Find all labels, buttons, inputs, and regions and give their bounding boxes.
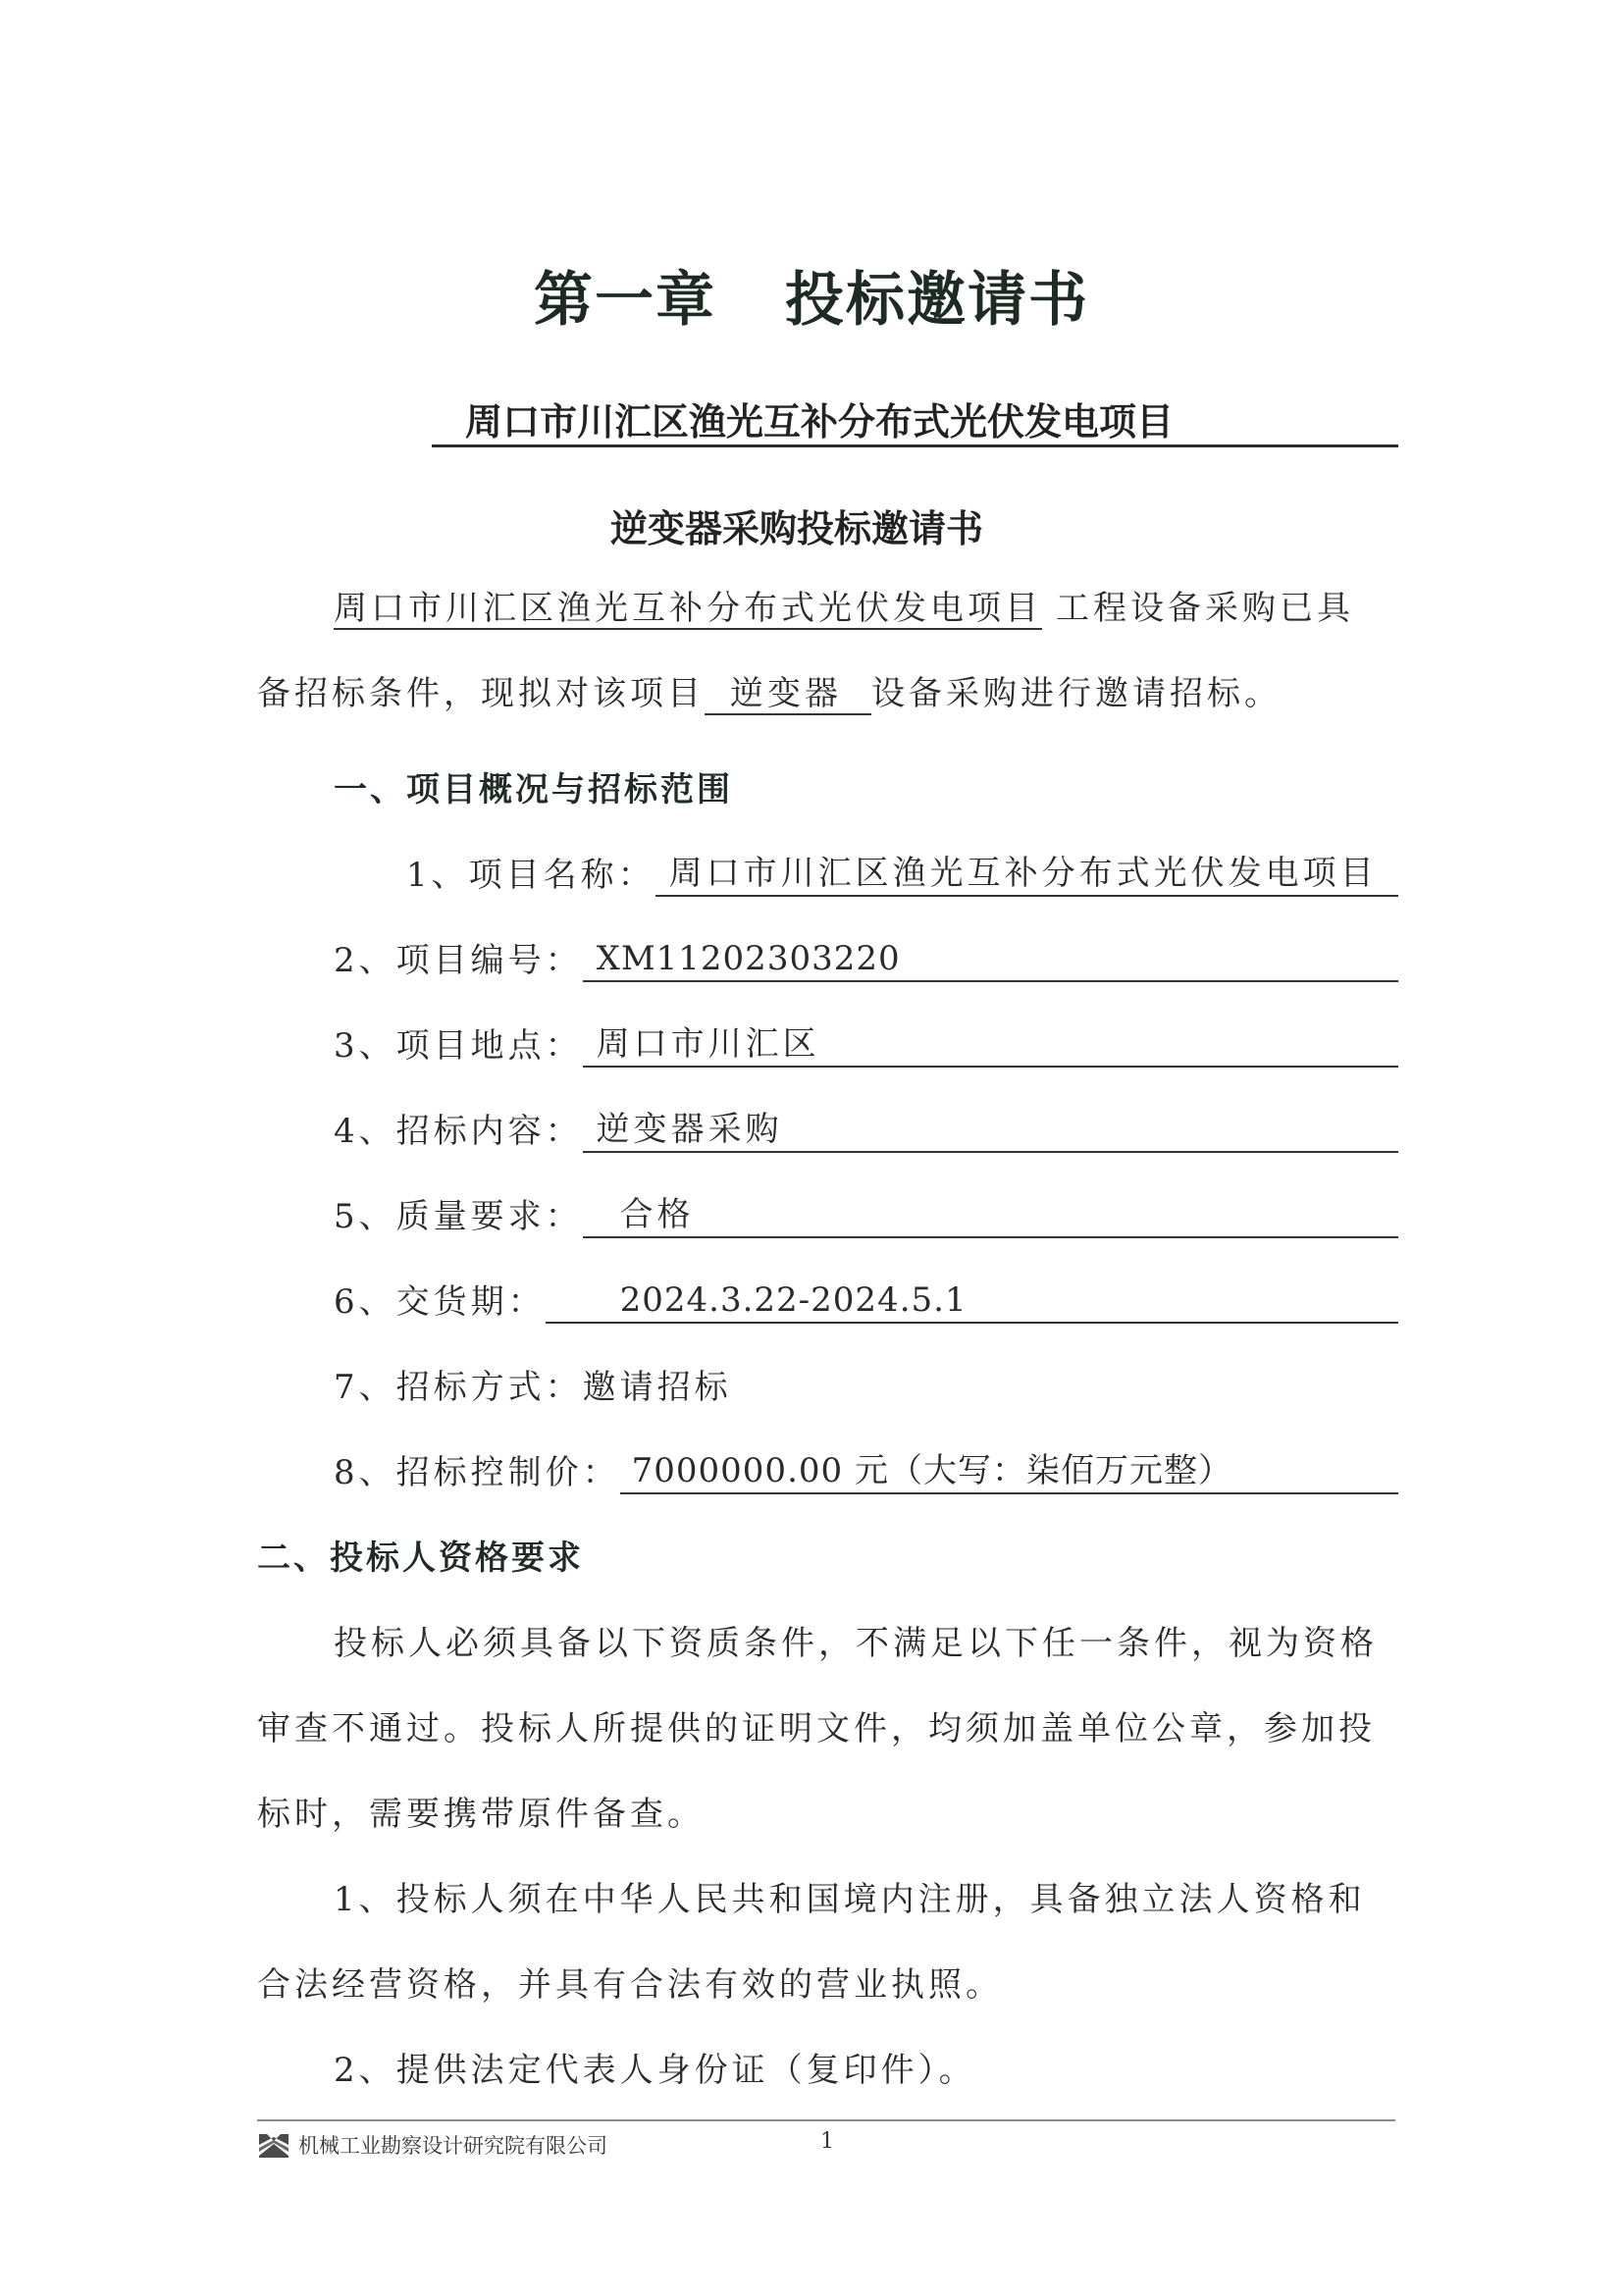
- item-value: 合格: [583, 1195, 1398, 1238]
- section1-heading: 一、项目概况与招标范围: [257, 768, 1398, 811]
- item-label: 5、质量要求：: [334, 1195, 583, 1238]
- section2-para-line-1: 投标人必须具备以下资质条件，不满足以下任一条件，视为资格: [257, 1622, 1398, 1665]
- subtitle-doc-name: 逆变器采购投标邀请书: [0, 498, 1623, 552]
- requirement-2: 2、提供法定代表人身份证（复印件）。: [257, 2049, 1398, 2092]
- item-label: 2、项目编号：: [334, 939, 583, 982]
- intro-text: 工程设备采购已具: [1056, 589, 1354, 628]
- item-value: 逆变器采购: [583, 1110, 1398, 1153]
- item-value: XM11202303220: [583, 939, 1398, 982]
- chapter-title: 第一章投标邀请书: [0, 253, 1623, 338]
- item-delivery: 6、交货期： 2024.3.22-2024.5.1: [257, 1280, 1398, 1324]
- item-value: 邀请招标: [583, 1368, 732, 1407]
- footer-divider: [257, 2119, 1395, 2121]
- intro-equipment: 逆变器: [705, 674, 871, 715]
- item-value: 2024.3.22-2024.5.1: [546, 1280, 1398, 1324]
- item-value: 周口市川汇区渔光互补分布式光伏发电项目: [655, 854, 1398, 897]
- requirement-1-line-2: 合法经营资格，并具有合法有效的营业执照。: [257, 1963, 1398, 2007]
- item-project-name: 1、项目名称： 周口市川汇区渔光互补分布式光伏发电项目: [257, 854, 1398, 897]
- chapter-number: 第一章: [534, 266, 716, 335]
- chapter-name: 投标邀请书: [785, 266, 1089, 335]
- item-label: 6、交货期：: [334, 1280, 546, 1324]
- item-label: 4、招标内容：: [334, 1110, 583, 1153]
- requirement-1-line-1: 1、投标人须在中华人民共和国境内注册，具备独立法人资格和: [257, 1878, 1398, 1921]
- item-label: 1、项目名称：: [406, 854, 655, 897]
- item-quality: 5、质量要求： 合格: [257, 1195, 1398, 1238]
- subtitle-project-name: 周口市川汇区渔光互补分布式光伏发电项目: [432, 400, 1398, 447]
- section2-heading: 二、投标人资格要求: [257, 1537, 1398, 1580]
- footer: 机械工业勘察设计研究院有限公司: [257, 2125, 607, 2165]
- page-number: 1: [820, 2129, 834, 2154]
- section2-para-line-3: 标时，需要携带原件备查。: [257, 1793, 1398, 1836]
- item-label: 3、项目地点：: [334, 1024, 583, 1068]
- intro-line-1: 周口市川汇区渔光互补分布式光伏发电项目工程设备采购已具: [257, 587, 1398, 630]
- company-logo-icon: [257, 2132, 290, 2158]
- intro-project-name: 周口市川汇区渔光互补分布式光伏发电项目: [334, 589, 1042, 630]
- item-label: 8、招标控制价：: [334, 1451, 620, 1494]
- intro-line2-suffix: 设备采购进行邀请招标。: [871, 674, 1282, 713]
- item-project-location: 3、项目地点： 周口市川汇区: [257, 1024, 1398, 1068]
- item-tender-method: 7、招标方式：邀请招标: [257, 1366, 1398, 1409]
- item-value: 周口市川汇区: [583, 1024, 1398, 1068]
- item-value: 7000000.00 元（大写：柒佰万元整）: [620, 1451, 1398, 1494]
- section2-para-line-2: 审查不通过。投标人所提供的证明文件，均须加盖单位公章，参加投: [257, 1707, 1398, 1750]
- item-label: 7、招标方式：: [334, 1368, 583, 1407]
- item-control-price: 8、招标控制价： 7000000.00 元（大写：柒佰万元整）: [257, 1451, 1398, 1494]
- intro-line2-prefix: 备招标条件，现拟对该项目: [257, 674, 705, 713]
- footer-company-name: 机械工业勘察设计研究院有限公司: [298, 2130, 607, 2160]
- intro-line-2: 备招标条件，现拟对该项目逆变器设备采购进行邀请招标。: [257, 672, 1398, 715]
- subtitle-project-name-text: 周口市川汇区渔光互补分布式光伏发电项目: [465, 400, 1174, 444]
- item-project-number: 2、项目编号： XM11202303220: [257, 939, 1398, 982]
- item-tender-content: 4、招标内容： 逆变器采购: [257, 1110, 1398, 1153]
